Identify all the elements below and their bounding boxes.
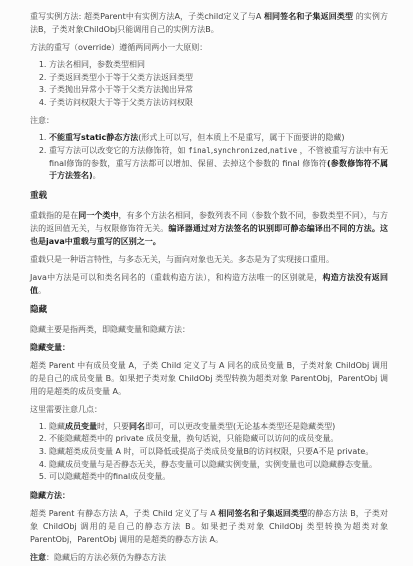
para-hide-variable-notes-label: 这里需要注意几点： — [30, 403, 388, 416]
code-text-run: synchronized — [213, 146, 267, 155]
text-run: 重载 — [30, 191, 47, 201]
para-note-label: 注意： — [30, 114, 388, 127]
para-overload-definition: 重载指的是在同一个类中，有多个方法名相同，参数列表不同（参数个数不同，参数类型不… — [30, 209, 388, 248]
text-run: 时，只要 — [97, 422, 129, 431]
text-run: 隐藏 — [30, 305, 47, 315]
text-run: 重写方法可以改变它的方法修饰符，如 — [49, 146, 188, 155]
text-run: 。 — [38, 286, 46, 295]
list-item: 隐藏成员变量与是否静态无关，静态变量可以隐藏实例变量，实例变量也可以隐藏静态变量… — [49, 459, 388, 472]
list-item: 子类返回类型小于等于父类方法返回类型 — [49, 72, 388, 85]
list-item: 不能重写static静态方法(形式上可以写，但本质上不是重写，属于下面要讲的隐藏… — [49, 132, 388, 145]
list-hide-variable-notes: 隐藏成员变量时，只要同名即可，可以更改变量类型(无论基本类型还是隐藏类型)不能隐… — [30, 421, 388, 484]
text-run: 子类抛出异常小于等于父类方法抛出异常 — [49, 85, 193, 94]
heading-overload: 重载 — [30, 190, 388, 203]
para-constructor-overload: Java中方法是可以和类名同名的（重载构造方法），和构造方法唯一的区别就是，构造… — [30, 271, 388, 297]
para-hide-variable-definition: 超类 Parent 中有成员变量 A，子类 Child 定义了与 A 同名的成员… — [30, 359, 388, 398]
text-run: 不能隐藏超类中的 private 成员变量，换句话说，只能隐藏可以访问的成员变量… — [49, 434, 338, 443]
bold-text-run: 注意 — [30, 553, 46, 562]
text-run: 这里需要注意几点： — [30, 405, 102, 414]
text-run: 子类访问权限大于等于父类方法访问权限 — [49, 98, 193, 107]
list-override-principles: 方法名相同，参数类型相同子类返回类型小于等于父类方法返回类型子类抛出异常小于等于… — [30, 59, 388, 109]
list-item: 方法名相同，参数类型相同 — [49, 59, 388, 72]
para-hide-variable-label: 隐藏变量： — [30, 341, 388, 354]
document-page: 重写实例方法: 超类Parent中有实例方法A，子类child定义了与A 相同签… — [0, 0, 413, 566]
list-override-notes: 不能重写static静态方法(形式上可以写，但本质上不是重写，属于下面要讲的隐藏… — [30, 132, 388, 182]
text-run: 隐藏 — [49, 422, 65, 431]
text-run: 重载只是一种语言特性，与多态无关，与面向对象也无关。多态是为了实现接口重用。 — [30, 255, 334, 264]
text-run: 。 — [93, 171, 101, 180]
text-run: 隐藏成员变量与是否静态无关，静态变量可以隐藏实例变量，实例变量也可以隐藏静态变量… — [49, 460, 377, 469]
text-run: 方法名相同，参数类型相同 — [49, 60, 145, 69]
text-run: 即可，可以更改变量类型(无论基本类型还是隐藏类型) — [145, 422, 335, 431]
document-body: 重写实例方法: 超类Parent中有实例方法A，子类child定义了与A 相同签… — [30, 10, 388, 564]
text-run: 方法的重写（override）遵循两同两小一大原则： — [30, 43, 207, 52]
list-item: 可以隐藏超类中的final成员变量。 — [49, 471, 388, 484]
text-run: Java中方法是可以和类名同名的（重载构造方法），和构造方法唯一的区别就是， — [30, 273, 322, 282]
text-run: 注意： — [30, 116, 54, 125]
text-run: 超类 Parent 有静态方法 A，子类 Child 定义了与 A — [30, 509, 218, 518]
code-text-run: native — [270, 146, 297, 155]
text-run: ：隐藏后的方法必须仍为静态方法 — [46, 553, 166, 562]
heading-hiding: 隐藏 — [30, 304, 388, 317]
bold-text-run: 成员变量 — [65, 422, 97, 431]
bold-text-run: 隐藏方法： — [30, 491, 70, 500]
para-final-note: 注意：隐藏后的方法必须仍为静态方法 — [30, 551, 388, 564]
bold-text-run: 隐藏变量： — [30, 343, 70, 352]
list-item: 不能隐藏超类中的 private 成员变量，换句话说，只能隐藏可以访问的成员变量… — [49, 433, 388, 446]
list-item: 子类访问权限大于等于父类方法访问权限 — [49, 97, 388, 110]
para-hide-method-definition: 超类 Parent 有静态方法 A，子类 Child 定义了与 A 相同签名和子… — [30, 507, 388, 546]
bold-text-run: 相同签名和子集返回类型 — [264, 12, 353, 21]
text-run: 可以隐藏超类中的final成员变量。 — [49, 472, 170, 481]
list-item: 隐藏超类成员变量 A 时，可以降低或提高子类成员变量B的访问权限，只要A不是 p… — [49, 446, 388, 459]
bold-text-run: 相同签名和子集返回类型 — [218, 509, 307, 518]
bold-text-run: 同一个类中 — [78, 211, 118, 220]
text-run: 子类返回类型小于等于父类方法返回类型 — [49, 73, 193, 82]
bold-text-run: 不能重写static静态方法 — [49, 133, 138, 142]
para-override-instance-method: 重写实例方法: 超类Parent中有实例方法A，子类child定义了与A 相同签… — [30, 10, 388, 36]
text-run: 重写实例方法: 超类Parent中有实例方法A，子类child定义了与A — [30, 12, 264, 21]
list-item: 子类抛出异常小于等于父类方法抛出异常 — [49, 84, 388, 97]
para-overload-language-feature: 重载只是一种语言特性，与多态无关，与面向对象也无关。多态是为了实现接口重用。 — [30, 253, 388, 266]
text-run: 隐藏超类成员变量 A 时，可以降低或提高子类成员变量B的访问权限，只要A不是 p… — [49, 447, 373, 456]
bold-text-run: 同名 — [129, 422, 145, 431]
text-run: 超类 Parent 中有成员变量 A，子类 Child 定义了与 A 同名的成员… — [30, 361, 388, 396]
text-run: 隐藏主要是指两类，即隐藏变量和隐藏方法： — [30, 325, 190, 334]
para-hiding-intro: 隐藏主要是指两类，即隐藏变量和隐藏方法： — [30, 323, 388, 336]
para-override-principle: 方法的重写（override）遵循两同两小一大原则： — [30, 41, 388, 54]
list-item: 重写方法可以改变它的方法修饰符，如 final,synchronized,nat… — [49, 145, 388, 183]
text-run: 重载指的是在 — [30, 211, 78, 220]
text-run: (形式上可以写，但本质上不是重写，属于下面要讲的隐藏) — [138, 133, 344, 142]
list-item: 隐藏成员变量时，只要同名即可，可以更改变量类型(无论基本类型还是隐藏类型) — [49, 421, 388, 434]
para-hide-method-label: 隐藏方法： — [30, 489, 388, 502]
code-text-run: final — [188, 146, 211, 155]
